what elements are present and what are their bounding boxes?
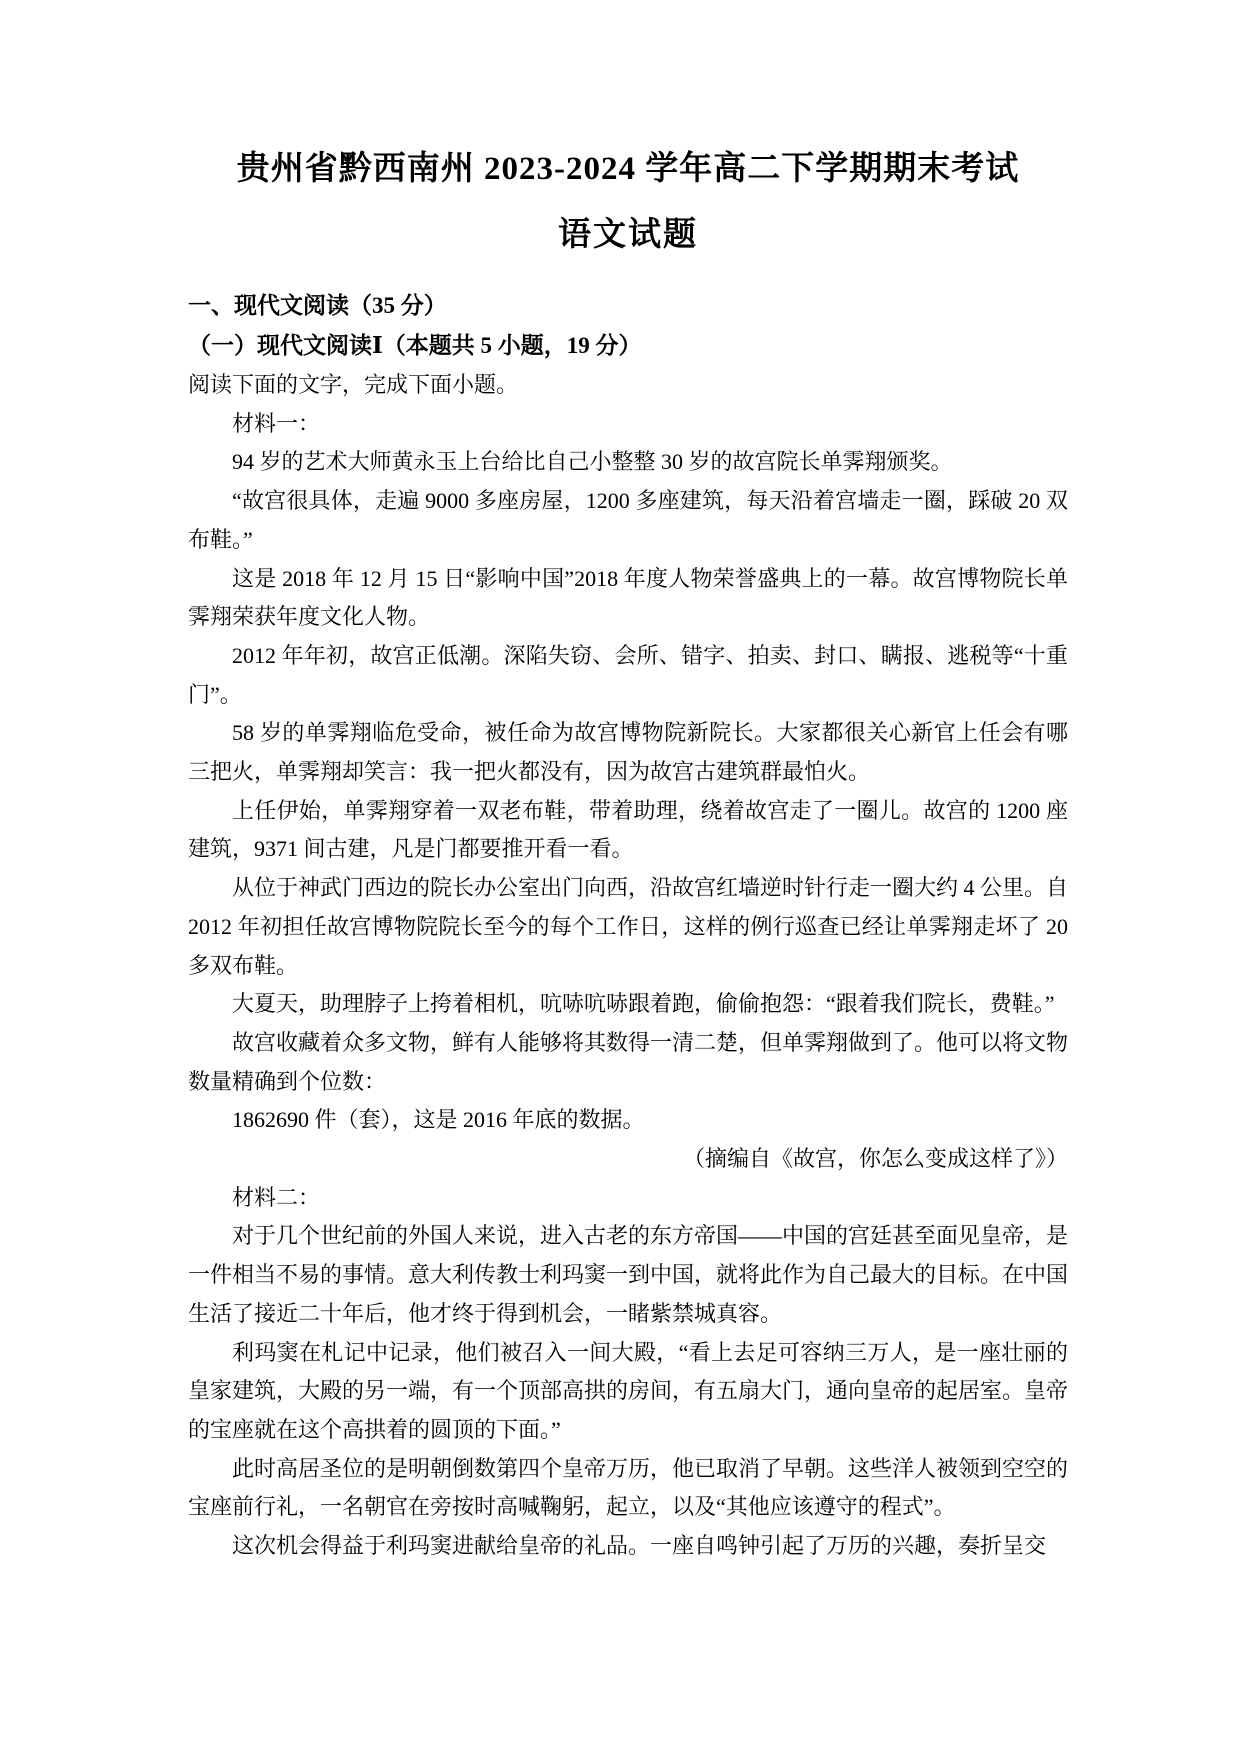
passage-paragraph: （摘编自《故宫，你怎么变成这样了》） (188, 1140, 1068, 1179)
document-title: 贵州省黔西南州 2023-2024 学年高二下学期期末考试 (188, 140, 1068, 198)
section-heading-modern-reading: 一、现代文阅读（35 分） (188, 286, 1068, 326)
passage-paragraph: 从位于神武门西边的院长办公室出门向西，沿故宫红墙逆时针行走一圈大约 4 公里。自… (188, 869, 1068, 985)
passage-paragraph: 材料二： (188, 1179, 1068, 1218)
reading-passage: 阅读下面的文字，完成下面小题。材料一：94 岁的艺术大师黄永玉上台给比自己小整整… (188, 366, 1068, 1566)
subsection-heading-reading-1: （一）现代文阅读Ⅰ（本题共 5 小题，19 分） (188, 326, 1068, 366)
document-subtitle: 语文试题 (188, 206, 1068, 264)
passage-paragraph: 此时高居圣位的是明朝倒数第四个皇帝万历，他已取消了早朝。这些洋人被领到空空的宝座… (188, 1450, 1068, 1527)
passage-paragraph: 1862690 件（套），这是 2016 年底的数据。 (188, 1101, 1068, 1140)
passage-paragraph: 利玛窦在札记中记录，他们被召入一间大殿，“看上去足可容纳三万人，是一座壮丽的皇家… (188, 1334, 1068, 1450)
passage-paragraph: 这次机会得益于利玛窦进献给皇帝的礼品。一座自鸣钟引起了万历的兴趣，奏折呈交 (188, 1527, 1068, 1566)
exam-paper-page: 贵州省黔西南州 2023-2024 学年高二下学期期末考试 语文试题 一、现代文… (0, 0, 1240, 1754)
passage-paragraph: 94 岁的艺术大师黄永玉上台给比自己小整整 30 岁的故宫院长单霁翔颁奖。 (188, 443, 1068, 482)
passage-paragraph: 2012 年年初，故宫正低潮。深陷失窃、会所、错字、拍卖、封口、瞒报、逃税等“十… (188, 637, 1068, 714)
passage-paragraph: 阅读下面的文字，完成下面小题。 (188, 366, 1068, 405)
passage-paragraph: 故宫收藏着众多文物，鲜有人能够将其数得一清二楚，但单霁翔做到了。他可以将文物数量… (188, 1024, 1068, 1101)
passage-paragraph: 材料一： (188, 405, 1068, 444)
passage-paragraph: 58 岁的单霁翔临危受命，被任命为故宫博物院新院长。大家都很关心新官上任会有哪三… (188, 714, 1068, 791)
passage-paragraph: 这是 2018 年 12 月 15 日“影响中国”2018 年度人物荣誉盛典上的… (188, 560, 1068, 637)
passage-paragraph: 对于几个世纪前的外国人来说，进入古老的东方帝国——中国的宫廷甚至面见皇帝，是一件… (188, 1217, 1068, 1333)
passage-paragraph: “故宫很具体，走遍 9000 多座房屋，1200 多座建筑，每天沿着宫墙走一圈，… (188, 482, 1068, 559)
passage-paragraph: 上任伊始，单霁翔穿着一双老布鞋，带着助理，绕着故宫走了一圈儿。故宫的 1200 … (188, 792, 1068, 869)
passage-paragraph: 大夏天，助理脖子上挎着相机，吭哧吭哧跟着跑，偷偷抱怨：“跟着我们院长，费鞋。” (188, 985, 1068, 1024)
